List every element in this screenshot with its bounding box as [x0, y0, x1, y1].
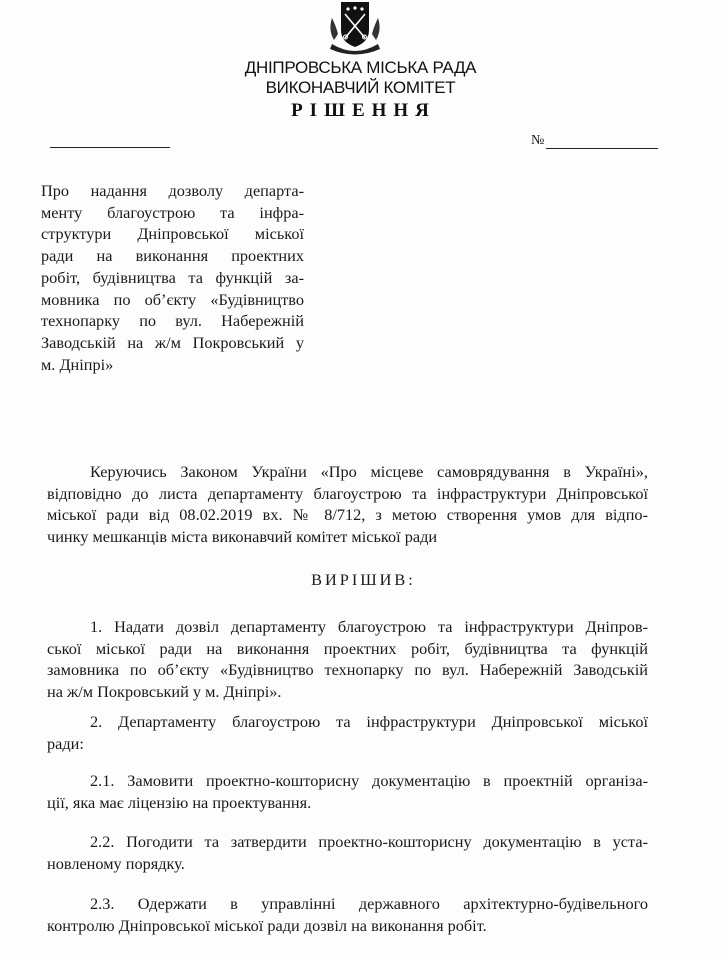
preamble-line: чинку мешканців міста виконавчий комітет…: [47, 526, 648, 548]
subject-line: Заводській на ж/м Покровський у: [41, 332, 304, 354]
item-2-paragraph: 2. Департаменту благоустрою та інфрастру…: [47, 711, 648, 754]
item-line: 2.3. Одержати в управлінні державного ар…: [47, 893, 648, 915]
subject-line: технопарку по вул. Набережній: [41, 310, 304, 332]
item-1-paragraph: 1. Надати дозвіл департаменту благоустро…: [47, 616, 648, 702]
decided-heading: ВИРІШИВ:: [0, 570, 727, 590]
item-line: новленому порядку.: [47, 853, 648, 875]
item-line: 1. Надати дозвіл департаменту благоустро…: [47, 616, 648, 638]
document-page: ДНІПРОВСЬКА МІСЬКА РАДА ВИКОНАВЧИЙ КОМІТ…: [0, 0, 727, 961]
item-line: ської міської ради на виконання проектни…: [47, 638, 648, 660]
subject-line: м. Дніпрі»: [41, 354, 304, 376]
subject-line: менту благоустрою та інфра-: [41, 202, 304, 224]
date-blank-line: [50, 147, 170, 148]
subject-line: Про надання дозволу департа-: [41, 180, 304, 202]
subject-line: структури Дніпровської міської: [41, 223, 304, 245]
item-line: 2.1. Замовити проектно-кошторисну докуме…: [47, 770, 648, 792]
item-line: замовника по об’єкту «Будівництво техноп…: [47, 659, 648, 681]
subject-block: Про надання дозволу департа- менту благо…: [41, 180, 304, 375]
item-line: контролю Дніпровської міської ради дозві…: [47, 915, 648, 937]
number-sign: №: [531, 133, 544, 149]
item-line: ції, яка має ліцензію на проектування.: [47, 792, 648, 814]
preamble-line: відповідно до листа департаменту благоус…: [47, 483, 648, 505]
item-line: 2. Департаменту благоустрою та інфрастру…: [47, 711, 648, 733]
subject-line: мовника по об’єкту «Будівництво: [41, 289, 304, 311]
coat-of-arms-icon: [324, 0, 386, 56]
preamble-line: міської ради від 08.02.2019 вх. № 8/712,…: [47, 504, 648, 526]
preamble-line: Керуючись Законом України «Про місцеве с…: [47, 461, 648, 483]
preamble-paragraph: Керуючись Законом України «Про місцеве с…: [47, 461, 648, 547]
committee-name: ВИКОНАВЧИЙ КОМІТЕТ: [0, 78, 724, 98]
item-2-2-paragraph: 2.2. Погодити та затвердити проектно-кош…: [47, 831, 648, 874]
item-line: 2.2. Погодити та затвердити проектно-кош…: [47, 831, 648, 853]
council-name: ДНІПРОВСЬКА МІСЬКА РАДА: [0, 58, 724, 78]
item-2-1-paragraph: 2.1. Замовити проектно-кошторисну докуме…: [47, 770, 648, 813]
document-type-title: РІШЕННЯ: [0, 100, 727, 122]
item-line: на ж/м Покровський у м. Дніпрі».: [47, 681, 648, 703]
item-2-3-paragraph: 2.3. Одержати в управлінні державного ар…: [47, 893, 648, 936]
subject-line: ради на виконання проектних: [41, 245, 304, 267]
number-blank-line: [546, 134, 658, 149]
document-number-field: №: [531, 133, 658, 149]
subject-line: робіт, будівництва та функцій за-: [41, 267, 304, 289]
item-line: ради:: [47, 733, 648, 755]
